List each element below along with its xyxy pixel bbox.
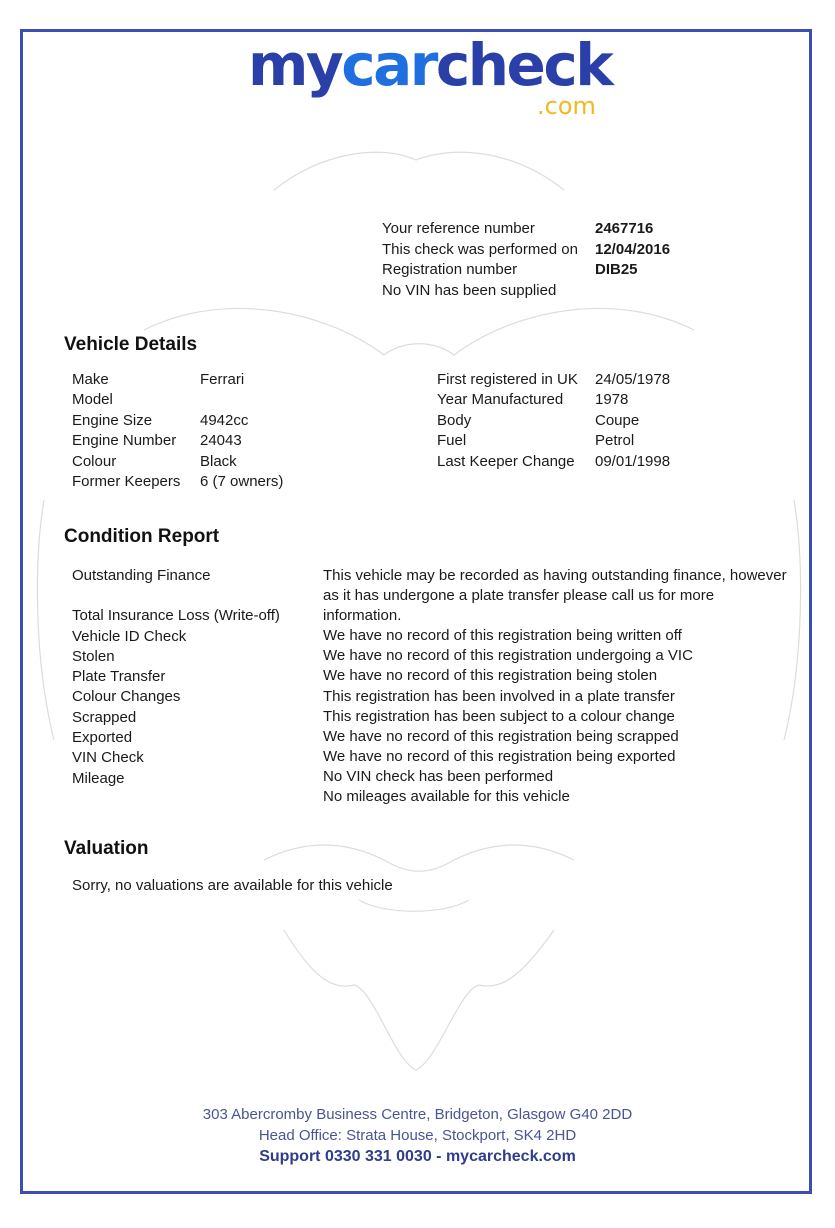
condition-label-plate-transfer: Plate Transfer — [72, 667, 280, 687]
detail-engine-number: Engine Number24043 — [72, 431, 283, 451]
condition-report-values: This vehicle may be recorded as having o… — [323, 566, 793, 807]
condition-label-vehicle-id-check: Vehicle ID Check — [72, 627, 280, 647]
condition-value-4: This registration has been involved in a… — [323, 687, 793, 707]
condition-value-outstanding-finance: This vehicle may be recorded as having o… — [323, 566, 793, 626]
condition-value-2: We have no record of this registration u… — [323, 646, 793, 666]
logo-part-check: check — [436, 31, 611, 99]
condition-value-7: We have no record of this registration b… — [323, 747, 793, 767]
condition-report-heading: Condition Report — [64, 526, 219, 548]
valuation-message: Sorry, no valuations are available for t… — [72, 877, 393, 894]
check-date-row: This check was performed on 12/04/2016 — [382, 240, 670, 261]
condition-value-3: We have no record of this registration b… — [323, 666, 793, 686]
logo-part-my: my — [248, 31, 341, 99]
condition-label-vin-check: VIN Check — [72, 748, 280, 768]
reference-block: Your reference number 2467716 This check… — [382, 219, 670, 301]
condition-label-mileage: Mileage — [72, 769, 280, 789]
detail-body: BodyCoupe — [437, 411, 670, 431]
condition-value-8: No VIN check has been performed — [323, 767, 793, 787]
condition-label-stolen: Stolen — [72, 647, 280, 667]
footer-address: 303 Abercromby Business Centre, Bridgeto… — [0, 1104, 835, 1125]
vin-status-row: No VIN has been supplied — [382, 281, 670, 302]
vehicle-details-left: MakeFerrari Model Engine Size4942cc Engi… — [72, 370, 283, 492]
detail-engine-size: Engine Size4942cc — [72, 411, 283, 431]
vehicle-details-right: First registered in UK24/05/1978 Year Ma… — [437, 370, 670, 472]
footer-head-office: Head Office: Strata House, Stockport, SK… — [0, 1125, 835, 1146]
condition-value-1: We have no record of this registration b… — [323, 626, 793, 646]
detail-former-keepers: Former Keepers6 (7 owners) — [72, 472, 283, 492]
detail-make: MakeFerrari — [72, 370, 283, 390]
detail-last-keeper-change: Last Keeper Change09/01/1998 — [437, 452, 670, 472]
footer-support: Support 0330 331 0030 - mycarcheck.com — [0, 1146, 835, 1167]
logo-tld: .com — [537, 92, 596, 120]
detail-model: Model — [72, 390, 283, 410]
registration-number-row: Registration number DIB25 — [382, 260, 670, 281]
condition-value-5: This registration has been subject to a … — [323, 707, 793, 727]
registration-number: DIB25 — [595, 260, 638, 281]
detail-year-manufactured: Year Manufactured1978 — [437, 390, 670, 410]
reference-number: 2467716 — [595, 219, 653, 240]
condition-label-colour-changes: Colour Changes — [72, 687, 280, 707]
condition-label-exported: Exported — [72, 728, 280, 748]
valuation-heading: Valuation — [64, 838, 148, 860]
mycarcheck-logo: mycarcheck — [248, 36, 611, 94]
condition-value-6: We have no record of this registration b… — [323, 727, 793, 747]
condition-label-write-off: Total Insurance Loss (Write-off) — [72, 606, 280, 626]
detail-first-registered: First registered in UK24/05/1978 — [437, 370, 670, 390]
detail-fuel: FuelPetrol — [437, 431, 670, 451]
reference-number-row: Your reference number 2467716 — [382, 219, 670, 240]
check-date: 12/04/2016 — [595, 240, 670, 261]
condition-report-labels: Outstanding Finance Total Insurance Loss… — [72, 566, 280, 789]
condition-label-outstanding-finance: Outstanding Finance — [72, 566, 280, 586]
footer: 303 Abercromby Business Centre, Bridgeto… — [0, 1104, 835, 1167]
condition-value-9: No mileages available for this vehicle — [323, 787, 793, 807]
vehicle-details-heading: Vehicle Details — [64, 334, 197, 356]
logo-part-car: car — [341, 31, 436, 99]
condition-label-scrapped: Scrapped — [72, 708, 280, 728]
detail-colour: ColourBlack — [72, 452, 283, 472]
